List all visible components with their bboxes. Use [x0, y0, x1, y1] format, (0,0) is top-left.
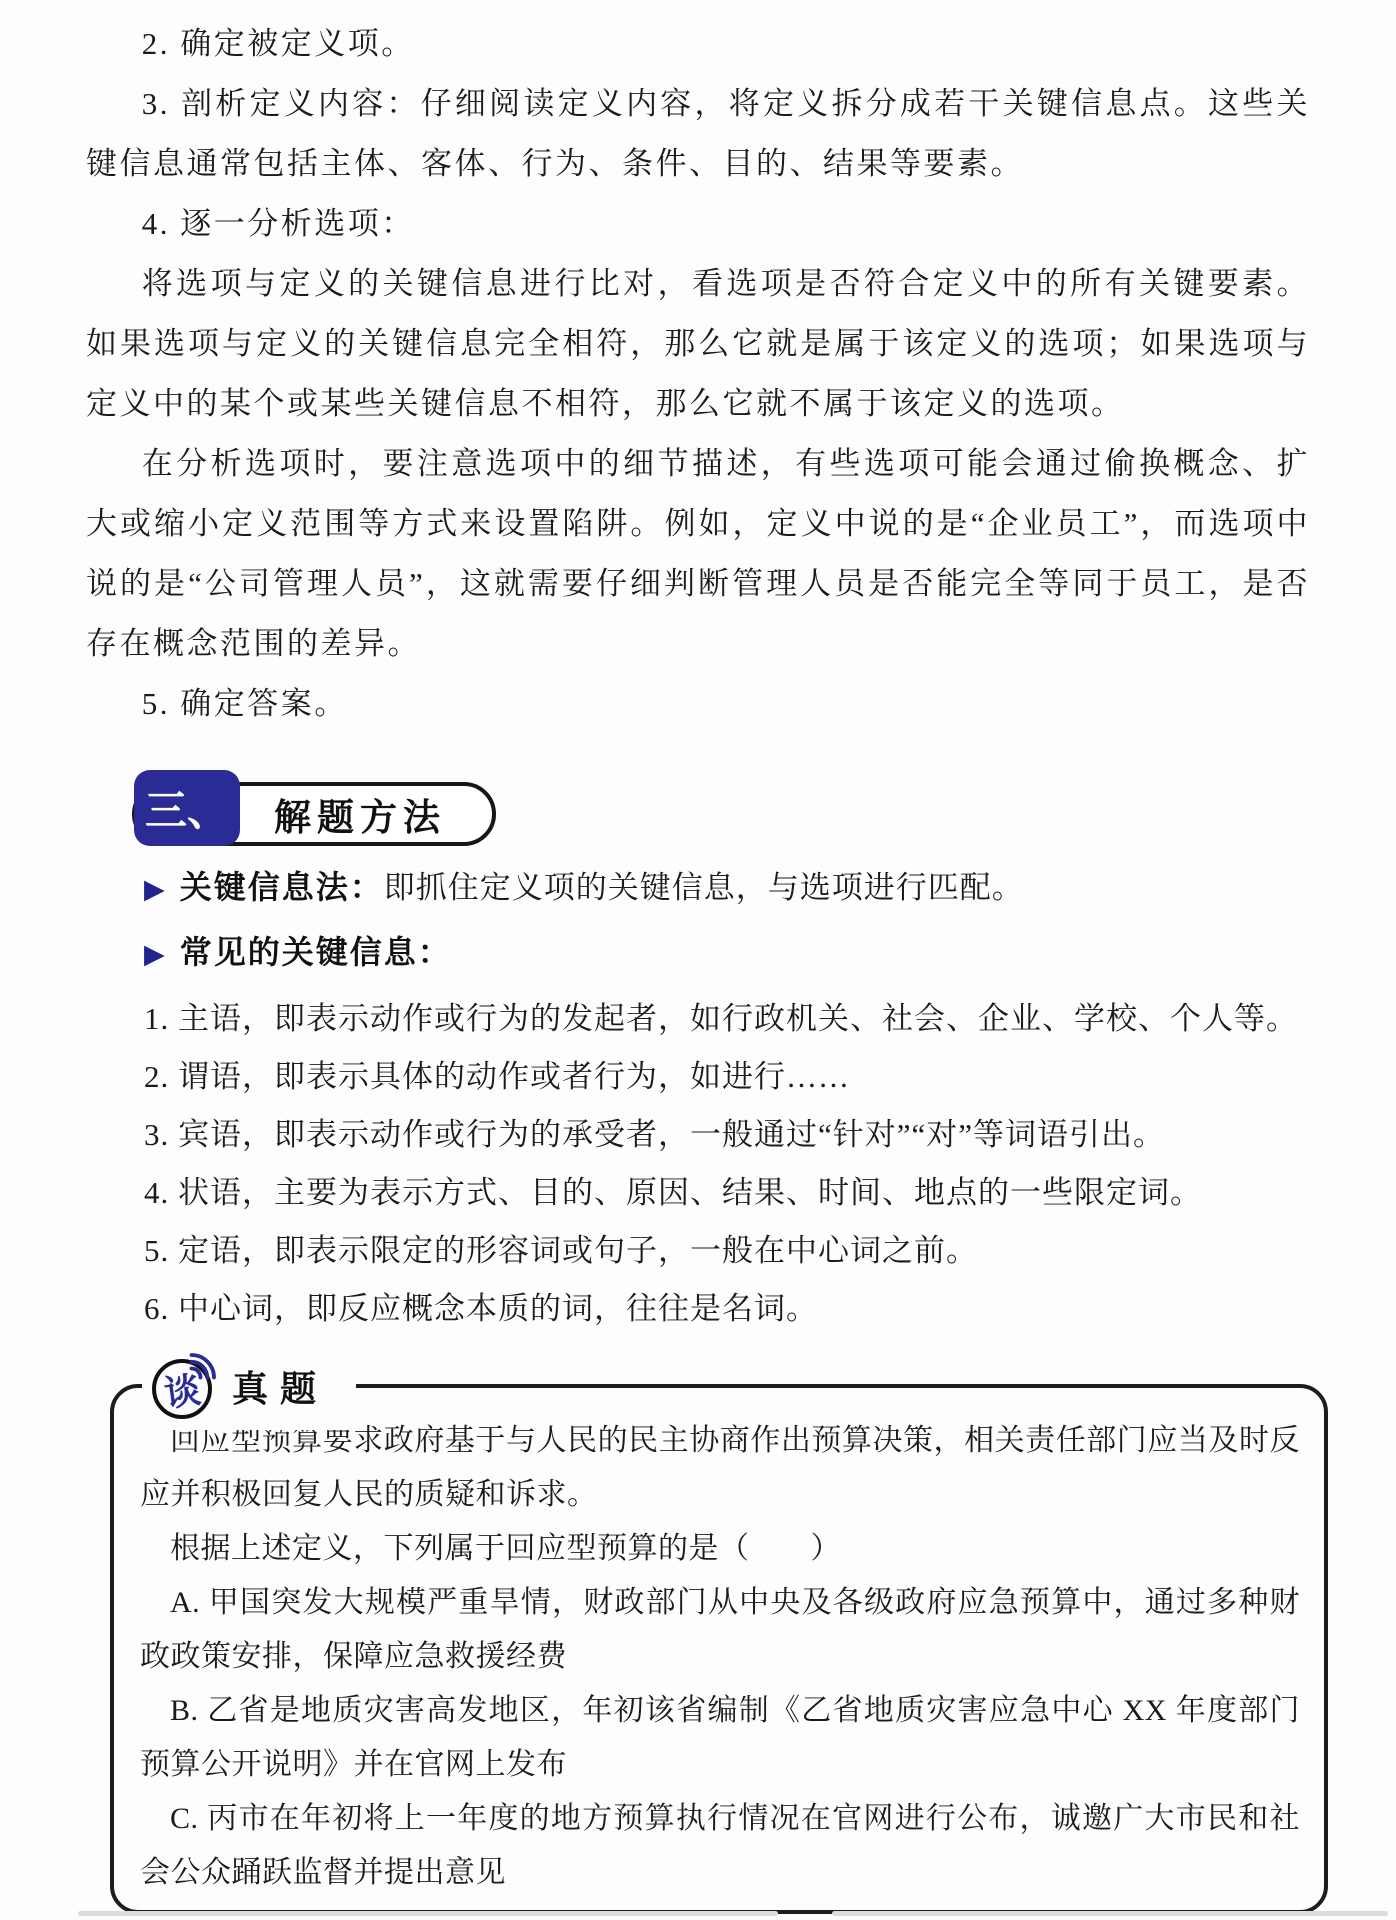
bullet-label: 常见的关键信息：	[180, 934, 452, 970]
triangle-bullet-icon: ▶	[144, 939, 166, 970]
section-header: 三、 解题方法	[132, 772, 1310, 846]
scan-artifact-line	[832, 1911, 1388, 1916]
list-item-object: 3. 宾语，即表示动作或行为的承受者，一般通过“针对”“对”等词语引出。	[144, 1106, 1310, 1164]
step-5-paragraph: 5. 确定答案。	[86, 674, 1310, 734]
list-item-predicate: 2. 谓语，即表示具体的动作或者行为，如进行……	[144, 1048, 1310, 1106]
bullet-label: 关键信息法：	[180, 869, 384, 905]
question-option-b: B. 乙省是地质灾害高发地区，年初该省编制《乙省地质灾害应急中心 XX 年度部门…	[140, 1684, 1300, 1792]
step-3-paragraph: 3. 剖析定义内容：仔细阅读定义内容，将定义拆分成若干关键信息点。这些关键信息通…	[86, 74, 1310, 194]
bullet-key-info-method: ▶关键信息法：即抓住定义项的关键信息，与选项进行匹配。	[86, 856, 1310, 921]
bullet-text: 即抓住定义项的关键信息，与选项进行匹配。	[384, 870, 1024, 905]
triangle-bullet-icon: ▶	[144, 874, 166, 905]
step-2-paragraph: 2. 确定被定义项。	[86, 14, 1310, 74]
real-question-label: 真题	[232, 1361, 328, 1412]
list-item-subject: 1. 主语，即表示动作或行为的发起者，如行政机关、社会、企业、学校、个人等。	[144, 990, 1310, 1048]
section-number-badge: 三、	[134, 770, 240, 846]
list-item-headword: 6. 中心词，即反应概念本质的词，往往是名词。	[144, 1280, 1310, 1338]
question-option-c: C. 丙市在年初将上一年度的地方预算执行情况在官网进行公布，诚邀广大市民和社会公…	[140, 1792, 1300, 1900]
real-question-badge: 谈 真题	[142, 1342, 356, 1430]
step-4-paragraph: 4. 逐一分析选项：	[86, 194, 1310, 254]
key-info-list: 1. 主语，即表示动作或行为的发起者，如行政机关、社会、企业、学校、个人等。 2…	[86, 990, 1310, 1338]
step-4-detail-paragraph: 将选项与定义的关键信息进行比对，看选项是否符合定义中的所有关键要素。如果选项与定…	[86, 254, 1310, 434]
trap-warning-paragraph: 在分析选项时，要注意选项中的细节描述，有些选项可能会通过偷换概念、扩大或缩小定义…	[86, 434, 1310, 674]
list-item-adverbial: 4. 状语，主要为表示方式、目的、原因、结果、时间、地点的一些限定词。	[144, 1164, 1310, 1222]
real-question-box: 谈 真题 回应型预算要求政府基于与人民的民主协商作出预算决策，相关责任部门应当及…	[110, 1384, 1328, 1914]
question-prompt: 根据上述定义，下列属于回应型预算的是（ ）	[140, 1522, 1300, 1576]
section-title: 解题方法	[240, 787, 446, 841]
section-header-pill: 三、 解题方法	[132, 782, 496, 846]
signal-waves-icon	[187, 1346, 223, 1382]
question-stem: 回应型预算要求政府基于与人民的民主协商作出预算决策，相关责任部门应当及时反应并积…	[140, 1414, 1300, 1522]
scanned-textbook-page: { "page": { "background": "#fdfdfd", "te…	[0, 0, 1396, 1920]
list-item-attributive: 5. 定语，即表示限定的形容词或句子，一般在中心词之前。	[144, 1222, 1310, 1280]
bullet-common-key-info: ▶常见的关键信息：	[86, 921, 1310, 986]
question-option-a: A. 甲国突发大规模严重旱情，财政部门从中央及各级政府应急预算中，通过多种财政政…	[140, 1576, 1300, 1684]
page-content: 2. 确定被定义项。 3. 剖析定义内容：仔细阅读定义内容，将定义拆分成若干关键…	[0, 0, 1396, 1914]
scan-artifact-line	[78, 1911, 778, 1916]
talk-signal-icon: 谈	[152, 1359, 212, 1419]
